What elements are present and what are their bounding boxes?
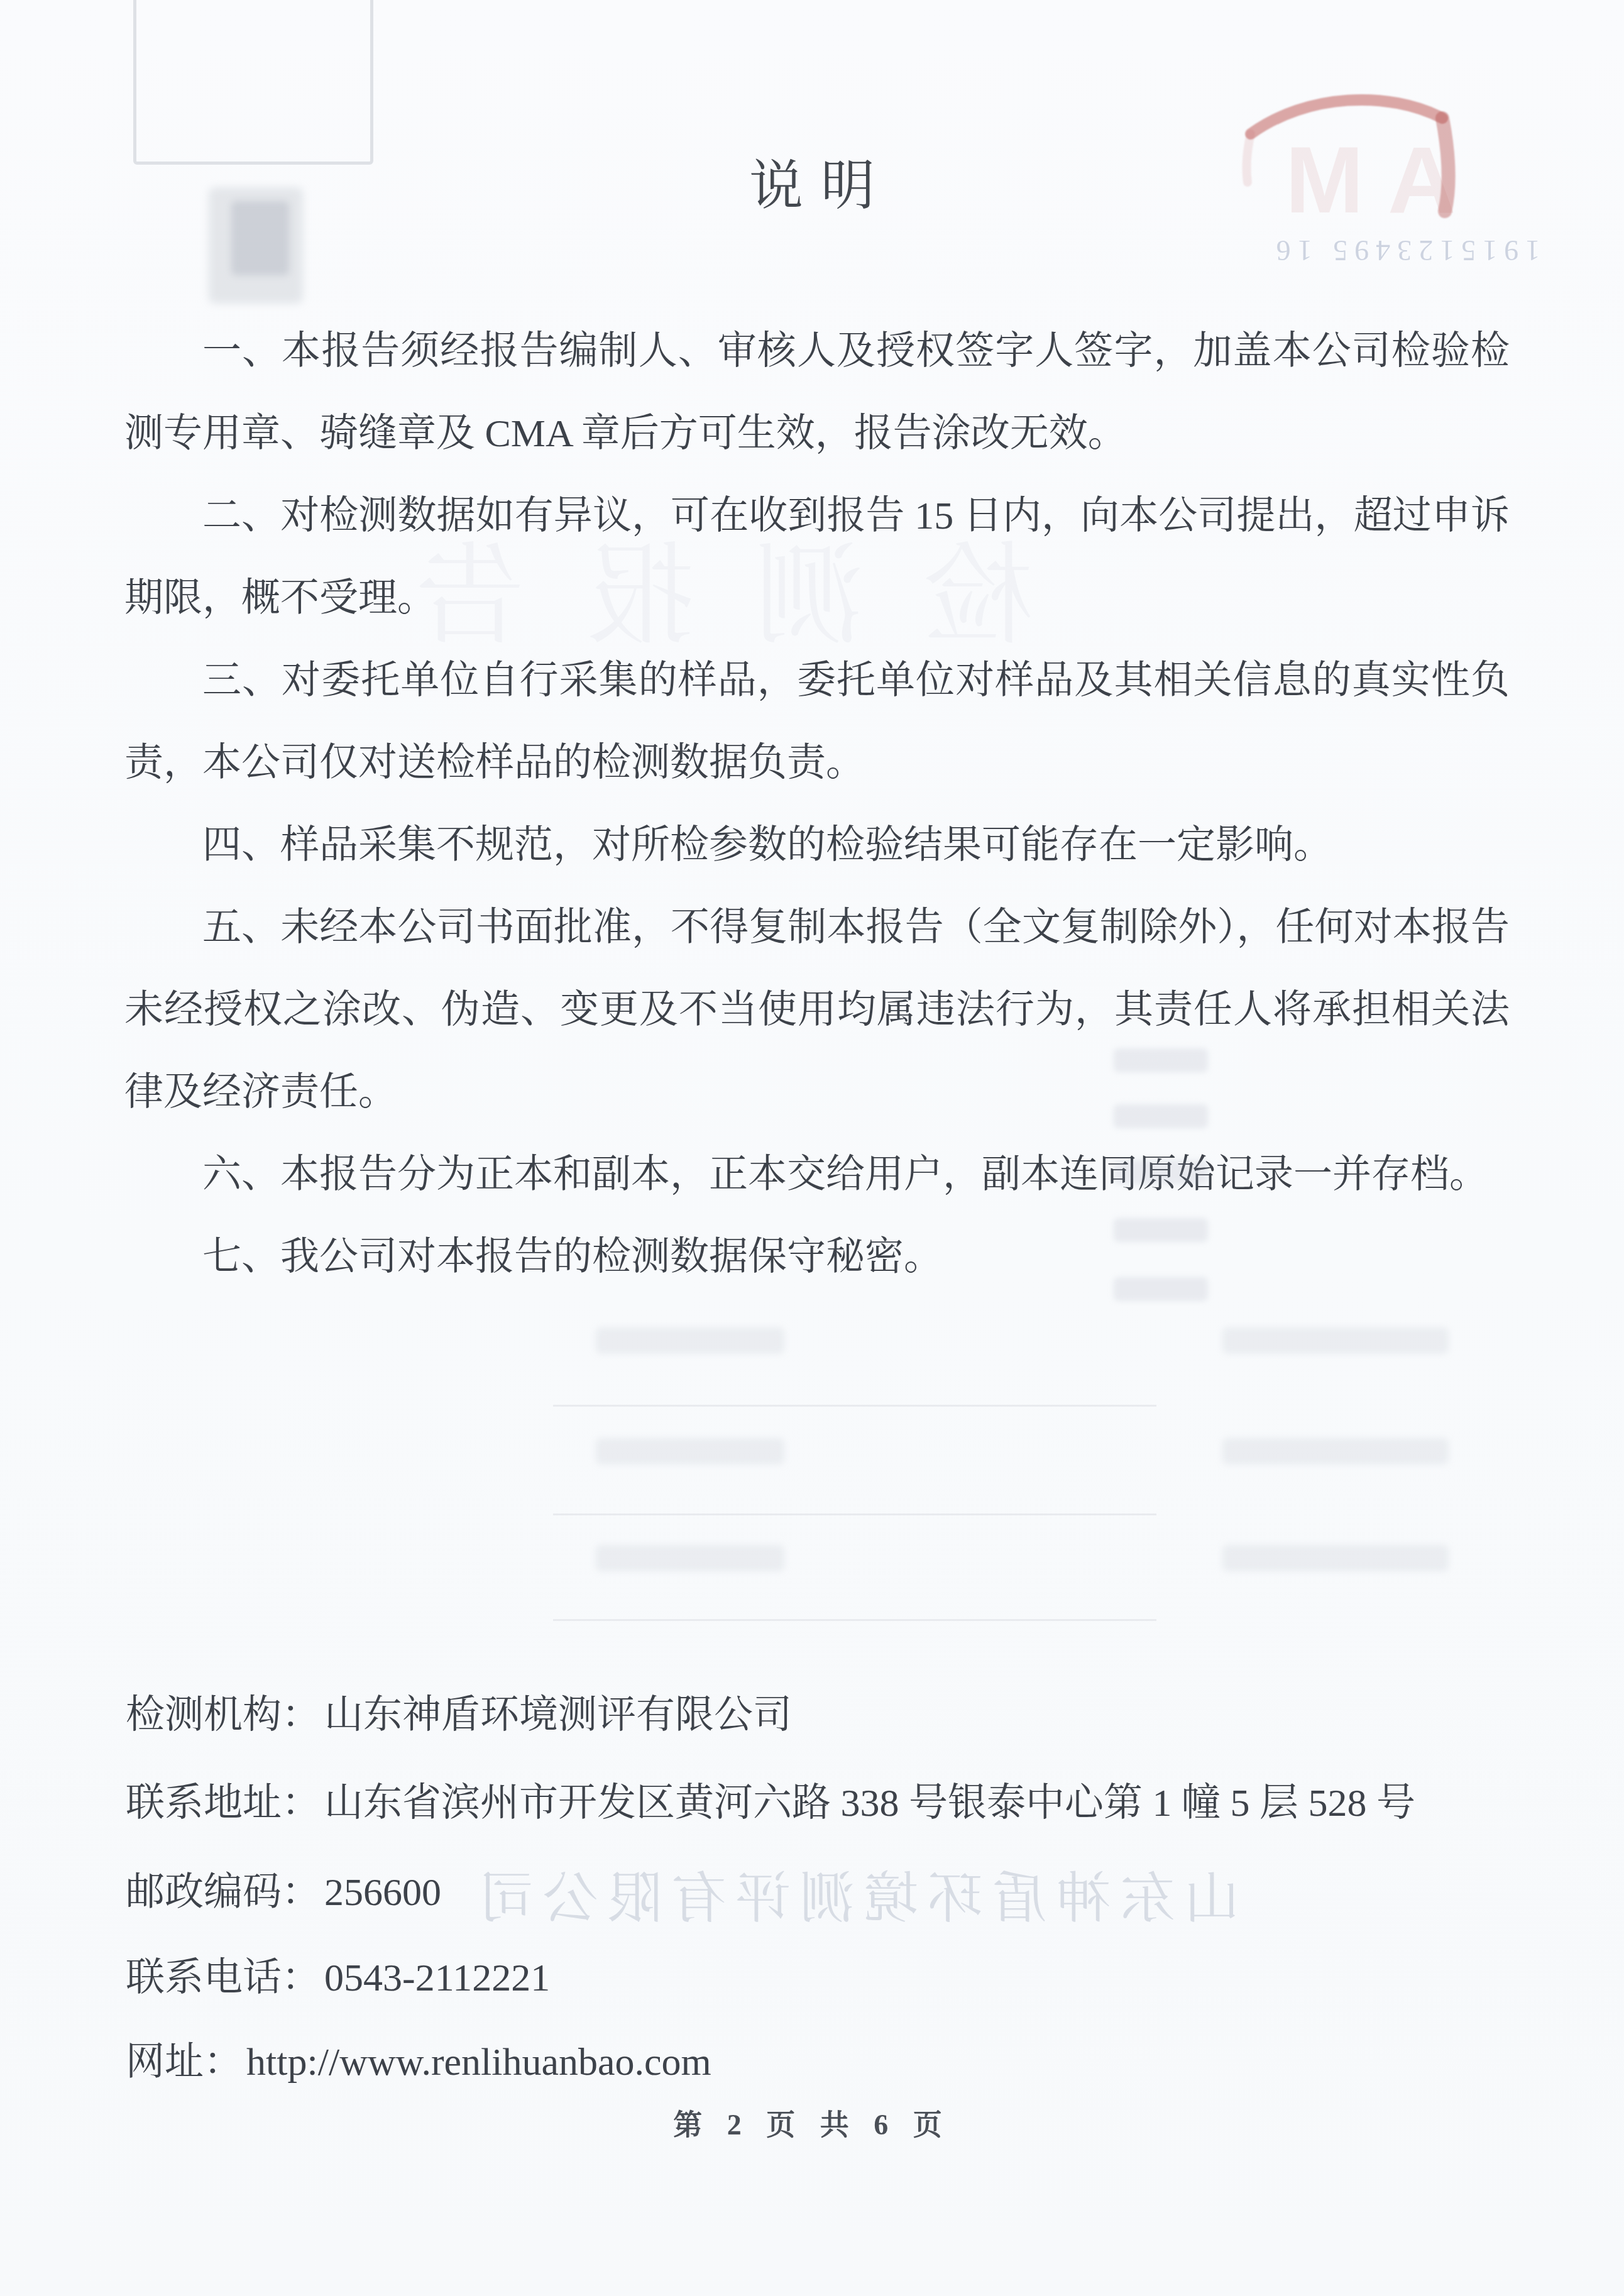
bleed-through-row-value	[1222, 1327, 1449, 1354]
contact-address-label: 联系地址：	[126, 1782, 321, 1825]
bleed-through-rule	[553, 1619, 1156, 1621]
notice-paragraph-7: 七、我公司对本报告的检测数据保守秘密。	[124, 1216, 1510, 1299]
bleed-through-row-label	[1114, 1104, 1208, 1128]
bleed-through-row-value	[1222, 1438, 1449, 1464]
bleed-through-rule	[553, 1513, 1156, 1515]
bleed-through-row-label	[1114, 1160, 1208, 1184]
bleed-through-row-label	[1114, 1277, 1208, 1301]
contact-address-value: 山东省滨州市开发区黄河六路 338 号银泰中心第 1 幢 5 层 528 号	[324, 1782, 1415, 1825]
contact-agency-label: 检测机构：	[126, 1694, 321, 1737]
notice-paragraph-3: 三、对委托单位自行采集的样品，委托单位对样品及其相关信息的真实性负责，本公司仅对…	[124, 640, 1510, 805]
notice-paragraph-6: 六、本报告分为正本和副本，正本交给用户，副本连同原始记录一并存档。	[124, 1134, 1510, 1216]
scanned-report-page: MA 1915123495 16 说明 检测报告 一、本报告须经报告编制人、审核…	[0, 0, 1624, 2296]
contact-postcode-label: 邮政编码：	[126, 1871, 321, 1914]
contact-website: 网址：http://www.renlihuanbao.com	[126, 2030, 711, 2086]
bleed-through-company-name: 山东神盾环境测评有限公司	[470, 1854, 1239, 1933]
bleed-through-row-label	[1114, 1218, 1208, 1242]
notice-paragraph-4: 四、样品采集不规范，对所检参数的检验结果可能存在一定影响。	[124, 805, 1510, 887]
notice-paragraph-1: 一、本报告须经报告编制人、审核人及授权签字人签字，加盖本公司检验检测专用章、骑缝…	[124, 310, 1510, 475]
contact-website-label: 网址：	[126, 2041, 243, 2084]
bleed-through-row-value	[596, 1545, 784, 1571]
contact-postcode-value: 256600	[324, 1871, 441, 1914]
contact-website-value: http://www.renlihuanbao.com	[246, 2041, 711, 2084]
contact-phone-value: 0543-2112221	[324, 1957, 550, 1999]
notice-body: 一、本报告须经报告编制人、审核人及授权签字人签字，加盖本公司检验检测专用章、骑缝…	[124, 310, 1510, 1299]
bleed-through-row-value	[1222, 1545, 1449, 1571]
contact-address: 联系地址：山东省滨州市开发区黄河六路 338 号银泰中心第 1 幢 5 层 52…	[126, 1771, 1415, 1827]
contact-postcode: 邮政编码：256600	[126, 1860, 441, 1916]
notice-paragraph-2: 二、对检测数据如有异议，可在收到报告 15 日内，向本公司提出，超过申诉期限，概…	[124, 475, 1510, 640]
page-title: 说明	[0, 142, 1624, 220]
bleed-through-row-value	[596, 1327, 784, 1354]
bleed-through-row-value	[596, 1438, 784, 1464]
notice-paragraph-5: 五、未经本公司书面批准，不得复制本报告（全文复制除外），任何对本报告未经授权之涂…	[124, 887, 1510, 1134]
contact-phone: 联系电话：0543-2112221	[126, 1946, 550, 2002]
bleed-through-frame	[133, 0, 373, 165]
contact-agency: 检测机构：山东神盾环境测评有限公司	[126, 1683, 792, 1739]
contact-phone-label: 联系电话：	[126, 1957, 321, 1999]
bleed-through-number: 1915123495 16	[1248, 234, 1562, 267]
page-number: 第 2 页 共 6 页	[0, 2102, 1624, 2143]
contact-agency-value: 山东神盾环境测评有限公司	[324, 1694, 792, 1737]
bleed-through-rule	[553, 1405, 1156, 1407]
bleed-through-row-label	[1114, 1048, 1208, 1072]
